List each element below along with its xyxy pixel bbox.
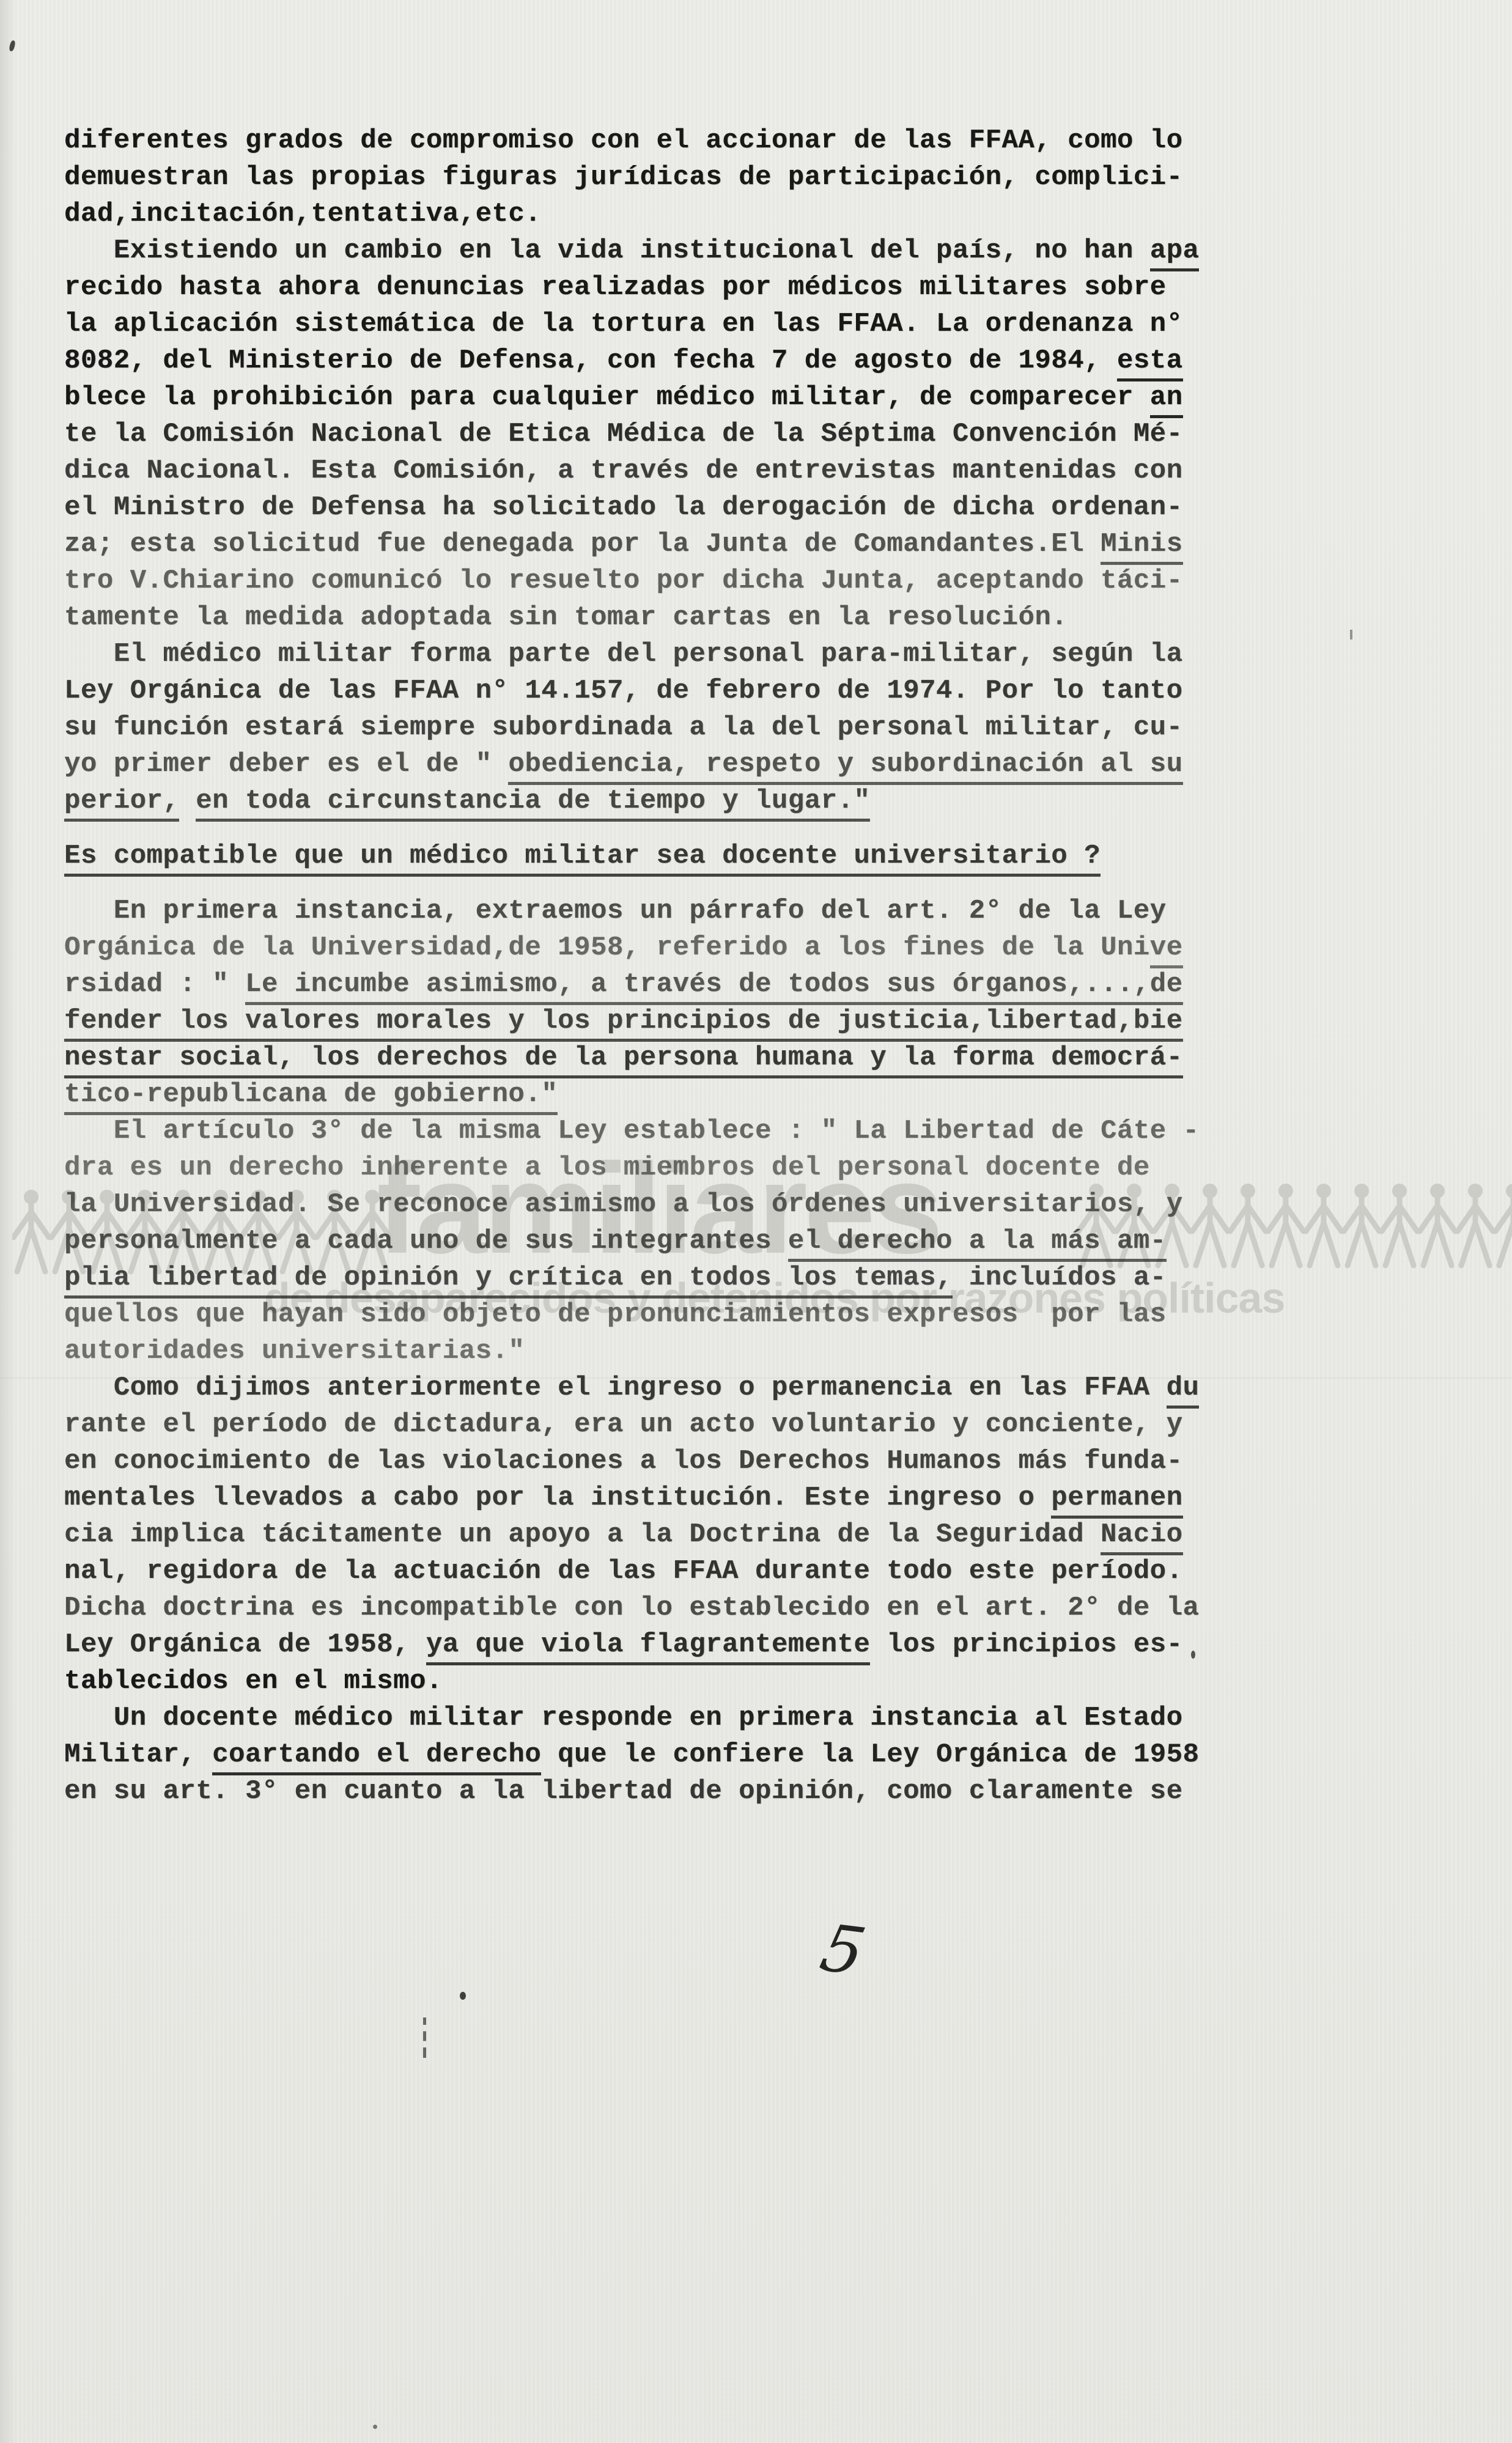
text-line: demuestran las propias figuras jurídicas…	[64, 159, 1287, 196]
text-line: la aplicación sistemática de la tortura …	[64, 306, 1287, 342]
typed-text: Militar,	[64, 1739, 212, 1770]
underlined-text: plia libertad de opinión y crítica en to…	[64, 1262, 953, 1299]
typed-text: El artículo 3° de la misma Ley establece…	[64, 1116, 1199, 1146]
underlined-text: coartando el derecho	[212, 1739, 541, 1775]
typed-text: la Universidad. Se reconoce asimismo a l…	[64, 1189, 1183, 1220]
ink-speck	[423, 2017, 426, 2058]
typed-text: tro V.Chiarino comunicó lo resuelto por …	[64, 566, 1183, 596]
text-line: Como dijimos anteriormente el ingreso o …	[64, 1369, 1287, 1406]
text-body: diferentes grados de compromiso con el a…	[64, 122, 1287, 1810]
text-line: Es compatible que un médico militar sea …	[64, 838, 1287, 874]
page-number: 5	[814, 1911, 872, 1989]
text-line: Un docente médico militar responde en pr…	[64, 1700, 1287, 1736]
typed-text: Existiendo un cambio en la vida instituc…	[64, 235, 1150, 266]
text-line: fender los valores morales y los princip…	[64, 1003, 1287, 1039]
underlined-text: apa	[1150, 235, 1200, 271]
text-line: personalmente a cada uno de sus integran…	[64, 1223, 1287, 1259]
typed-text: dad,incitación,tentativa,etc.	[64, 199, 541, 229]
text-line: Militar, coartando el derecho que le con…	[64, 1736, 1287, 1773]
typed-text: Ley Orgánica de 1958,	[64, 1629, 426, 1660]
text-line: quellos que hayan sido objeto de pronunc…	[64, 1296, 1287, 1333]
typed-text: El médico militar forma parte del person…	[64, 639, 1183, 669]
typed-text: tablecidos en el mismo.	[64, 1666, 443, 1697]
typed-text: autoridades universitarias."	[64, 1336, 525, 1366]
underlined-text: ya que viola flagrantemente	[426, 1629, 870, 1665]
text-line: dica Nacional. Esta Comisión, a través d…	[64, 452, 1287, 489]
typed-text: tamente la medida adoptada sin tomar car…	[64, 602, 1068, 633]
underlined-text: obediencia, respeto y subordinación al s…	[508, 749, 1182, 785]
text-line: En primera instancia, extraemos un párra…	[64, 893, 1287, 929]
typed-text: blece la prohibición para cualquier médi…	[64, 382, 1150, 413]
text-line: rsidad : " Le incumbe asimismo, a través…	[64, 966, 1287, 1003]
typed-text: za; esta solicitud fue denegada por la J…	[64, 529, 1101, 559]
text-line: mentales llevados a cabo por la instituc…	[64, 1479, 1287, 1516]
text-line: en su art. 3° en cuanto a la libertad de…	[64, 1773, 1287, 1810]
typed-text: Un docente médico militar responde en pr…	[64, 1703, 1183, 1733]
ink-speck	[460, 1992, 466, 2000]
typed-text: mentales llevados a cabo por la instituc…	[64, 1483, 1051, 1513]
text-line: Ley Orgánica de 1958, ya que viola flagr…	[64, 1626, 1287, 1663]
typed-text: incluídos a-	[953, 1262, 1167, 1293]
text-line: Existiendo un cambio en la vida instituc…	[64, 232, 1287, 269]
typed-text: te la Comisión Nacional de Etica Médica …	[64, 419, 1183, 449]
text-line: Orgánica de la Universidad,de 1958, refe…	[64, 929, 1287, 966]
typed-text: su función estará siempre subordinada a …	[64, 712, 1183, 743]
underlined-text: an	[1150, 382, 1183, 418]
typed-text: los principios es-	[870, 1629, 1182, 1660]
typed-text: Orgánica de la Universidad,de 1958, refe…	[64, 932, 1150, 963]
typed-text: el Ministro de Defensa ha solicitado la …	[64, 492, 1183, 523]
typed-text: en su art. 3° en cuanto a la libertad de…	[64, 1776, 1183, 1807]
text-line: cia implica tácitamente un apoyo a la Do…	[64, 1516, 1287, 1553]
text-line: 8082, del Ministerio de Defensa, con fec…	[64, 342, 1287, 379]
text-line: blece la prohibición para cualquier médi…	[64, 379, 1287, 416]
typed-text: dra es un derecho inherente a los miembr…	[64, 1152, 1150, 1183]
text-line: en conocimiento de las violaciones a los…	[64, 1443, 1287, 1479]
typed-text: dica Nacional. Esta Comisión, a través d…	[64, 455, 1183, 486]
text-line: yo primer deber es el de " obediencia, r…	[64, 746, 1287, 783]
typed-text: recido hasta ahora denuncias realizadas …	[64, 272, 1167, 303]
text-line: tro V.Chiarino comunicó lo resuelto por …	[64, 562, 1287, 599]
typed-text: nal, regidora de la actuación de las FFA…	[64, 1556, 1183, 1586]
underlined-text: Es compatible que un médico militar sea …	[64, 841, 1101, 877]
underlined-text: Minis	[1101, 529, 1183, 565]
underlined-text: du	[1167, 1373, 1200, 1409]
ink-speck	[373, 2425, 377, 2429]
text-line: su función estará siempre subordinada a …	[64, 709, 1287, 746]
text-line: za; esta solicitud fue denegada por la J…	[64, 526, 1287, 562]
text-line: recido hasta ahora denuncias realizadas …	[64, 269, 1287, 306]
ink-speck	[1350, 630, 1352, 639]
text-line: nal, regidora de la actuación de las FFA…	[64, 1553, 1287, 1590]
typed-text: en conocimiento de las violaciones a los…	[64, 1446, 1183, 1476]
text-line: dra es un derecho inherente a los miembr…	[64, 1149, 1287, 1186]
underlined-text: permanen	[1051, 1483, 1182, 1519]
typed-text: yo primer deber es el de "	[64, 749, 508, 779]
typed-text	[179, 786, 196, 816]
text-line: diferentes grados de compromiso con el a…	[64, 122, 1287, 159]
typed-text: Ley Orgánica de las FFAA n° 14.157, de f…	[64, 676, 1183, 706]
text-line: rante el período de dictadura, era un ac…	[64, 1406, 1287, 1443]
underlined-text: en toda circunstancia de tiempo y lugar.…	[196, 786, 870, 822]
text-line: perior, en toda circunstancia de tiempo …	[64, 783, 1287, 819]
underlined-text: tico-republicana de gobierno."	[64, 1079, 558, 1115]
typed-text: Dicha doctrina es incompatible con lo es…	[64, 1593, 1199, 1623]
text-line: la Universidad. Se reconoce asimismo a l…	[64, 1186, 1287, 1223]
underlined-text: esta	[1117, 345, 1183, 381]
text-line: el Ministro de Defensa ha solicitado la …	[64, 489, 1287, 526]
text-line: tico-republicana de gobierno."	[64, 1076, 1287, 1113]
text-line: Ley Orgánica de las FFAA n° 14.157, de f…	[64, 672, 1287, 709]
typed-text: En primera instancia, extraemos un párra…	[64, 896, 1167, 926]
underlined-text: el derecho a la más am-	[788, 1226, 1167, 1262]
typed-text: Como dijimos anteriormente el ingreso o …	[64, 1373, 1167, 1403]
underlined-text: fender los valores morales y los princip…	[64, 1006, 1183, 1042]
text-line: plia libertad de opinión y crítica en to…	[64, 1259, 1287, 1296]
underlined-text: ve	[1150, 932, 1183, 968]
text-line: nestar social, los derechos de la person…	[64, 1039, 1287, 1076]
typed-text: 8082, del Ministerio de Defensa, con fec…	[64, 345, 1117, 376]
ink-speck	[1191, 1651, 1195, 1659]
typed-text: la aplicación sistemática de la tortura …	[64, 309, 1183, 339]
text-line: tablecidos en el mismo.	[64, 1663, 1287, 1700]
text-line: El artículo 3° de la misma Ley establece…	[64, 1113, 1287, 1149]
typed-text: rante el período de dictadura, era un ac…	[64, 1409, 1183, 1440]
document-page: { "document": { "page_number": "5", "wat…	[0, 0, 1512, 2443]
text-line: dad,incitación,tentativa,etc.	[64, 196, 1287, 232]
typed-text: diferentes grados de compromiso con el a…	[64, 125, 1183, 156]
text-line: Dicha doctrina es incompatible con lo es…	[64, 1590, 1287, 1626]
typed-text: quellos que hayan sido objeto de pronunc…	[64, 1299, 1167, 1330]
underlined-text: nestar social, los derechos de la person…	[64, 1042, 1183, 1078]
underlined-text: Nacio	[1101, 1519, 1183, 1555]
typed-text: personalmente a cada uno de sus integran…	[64, 1226, 788, 1256]
text-line: autoridades universitarias."	[64, 1333, 1287, 1369]
text-line: te la Comisión Nacional de Etica Médica …	[64, 416, 1287, 452]
underlined-text: Le incumbe asimismo, a través de todos s…	[245, 969, 1183, 1005]
text-line: El médico militar forma parte del person…	[64, 636, 1287, 672]
underlined-text: perior,	[64, 786, 179, 822]
typed-text: demuestran las propias figuras jurídicas…	[64, 162, 1183, 193]
typed-text: cia implica tácitamente un apoyo a la Do…	[64, 1519, 1101, 1550]
text-line: tamente la medida adoptada sin tomar car…	[64, 599, 1287, 636]
typed-text: que le confiere la Ley Orgánica de 1958	[541, 1739, 1199, 1770]
typed-text: rsidad : "	[64, 969, 245, 1000]
